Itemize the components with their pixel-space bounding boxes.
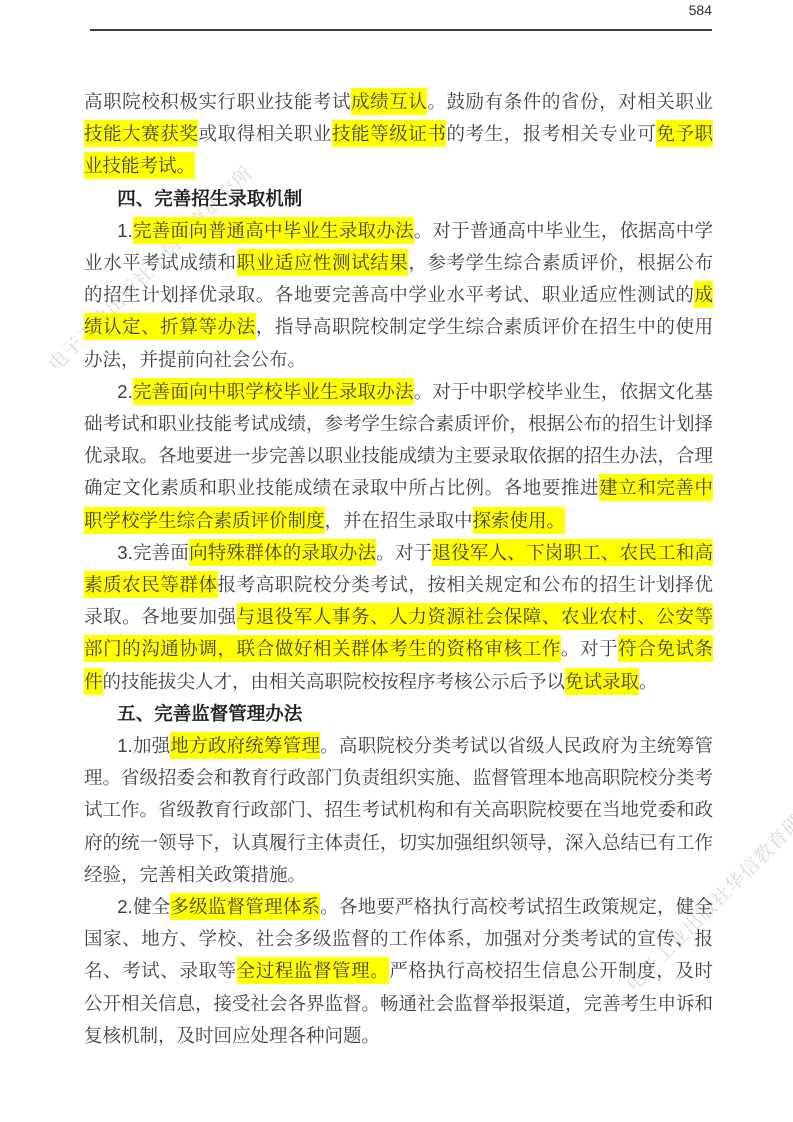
paragraph: 1.完善面向普通高中毕业生录取办法。对于普通高中毕业生，依据高中学业水平考试成绩… [84, 215, 713, 376]
text-run: 3.完善面 [117, 542, 189, 563]
text-run: 1. [117, 220, 132, 241]
section-heading: 四、完善招生录取机制 [84, 183, 713, 215]
text-run: 的技能拔尖人才，由相关高职院校按程序考核公示后予以 [103, 671, 566, 692]
highlighted-text: 成绩互认 [351, 88, 427, 115]
paragraph: 2.健全多级监督管理体系。各地要严格执行高校考试招生政策规定，健全国家、地方、学… [84, 891, 713, 1052]
pdf-page: { "page": { "number": "584" }, "watermar… [0, 0, 793, 1122]
section-heading: 五、完善监督管理办法 [84, 698, 713, 730]
text-run: 。 [639, 671, 658, 692]
text-run: 的考生，报考相关专业可 [446, 123, 656, 144]
highlighted-text: 免试录取 [565, 668, 639, 695]
text-run: 高职院校积极实行职业技能考试 [84, 91, 351, 112]
document-body: 高职院校积极实行职业技能考试成绩互认。鼓励有条件的省份，对相关职业技能大赛获奖或… [84, 86, 713, 1052]
highlighted-text: 技能等级证书 [332, 120, 446, 147]
text-run: 。对于 [561, 638, 618, 659]
highlighted-text: 完善面向普通高中毕业生录取办法 [133, 217, 414, 244]
text-run: 。鼓励有条件的省份，对相关职业 [427, 91, 713, 112]
text-run: ，并在招生录取中 [325, 510, 473, 531]
text-run: 2.健全 [117, 896, 170, 917]
text-run: 或取得相关职业 [198, 123, 332, 144]
header-rule [90, 29, 712, 31]
paragraph: 高职院校积极实行职业技能考试成绩互认。鼓励有条件的省份，对相关职业技能大赛获奖或… [84, 86, 713, 183]
highlighted-text: 技能大赛获奖 [84, 120, 198, 147]
paragraph: 3.完善面向特殊群体的录取办法。对于退役军人、下岗职工、农民工和高素质农民等群体… [84, 537, 713, 698]
highlighted-text: 完善面向中职学校毕业生录取办法 [133, 378, 414, 405]
text-run: 四、完善招生录取机制 [117, 188, 302, 209]
highlighted-text: 职业适应性测试结果 [237, 249, 409, 276]
text-run: 2. [117, 381, 132, 402]
text-run: 1.加强 [117, 735, 170, 756]
text-run: 五、完善监督管理办法 [117, 703, 302, 724]
paragraph: 2.完善面向中职学校毕业生录取办法。对于中职学校毕业生，依据文化基础考试和职业技… [84, 376, 713, 537]
highlighted-text: 全过程监督管理。 [237, 957, 390, 984]
page-number: 584 [689, 2, 712, 18]
highlighted-text: 向特殊群体的录取办法 [189, 539, 376, 566]
highlighted-text: 探索使用。 [473, 507, 566, 534]
text-run: 。对于 [376, 542, 432, 563]
highlighted-text: 地方政府统筹管理 [170, 732, 320, 759]
highlighted-text: 多级监督管理体系 [170, 893, 320, 920]
paragraph: 1.加强地方政府统筹管理。高职院校分类考试以省级人民政府为主统筹管理。省级招委会… [84, 730, 713, 891]
